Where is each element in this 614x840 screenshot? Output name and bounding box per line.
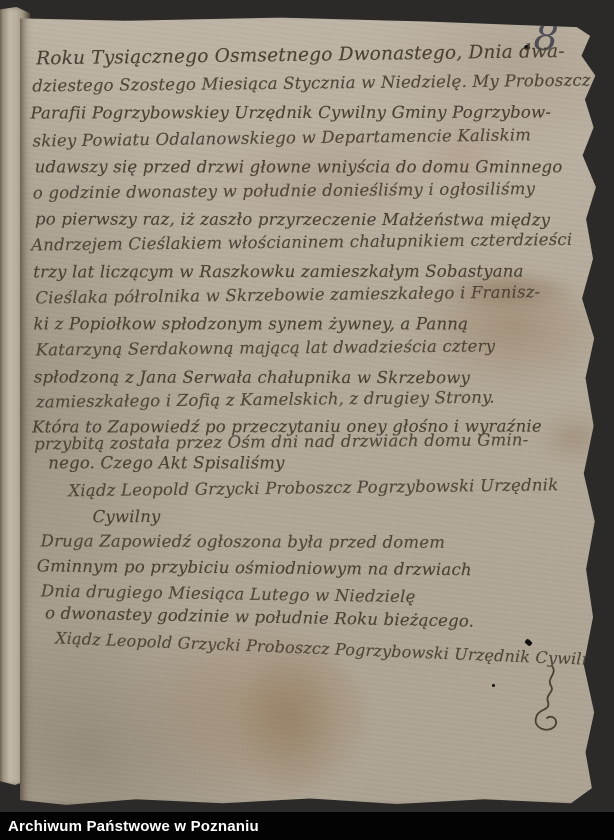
manuscript-line: Dnia drugiego Miesiąca Lutego w Niedziel… [41,581,416,607]
manuscript-line: Roku Tysiącznego Osmsetnego Dwonastego, … [36,41,565,71]
manuscript-line: Druga Zapowiedź ogłoszona była przed dom… [41,531,445,552]
manuscript-line: przybitą została przez Ośm dni nad drzwi… [34,430,528,454]
manuscript-line: po pierwszy raz, iż zaszło przyrzeczenie… [35,209,550,230]
manuscript-line: skiey Powiatu Odalanowskiego w Departame… [32,125,531,151]
manuscript-page: 8 Roku Tysiącznego Osmsetnego Dwonastego… [20,12,600,808]
manuscript-line: Cywilny [93,507,161,527]
manuscript-text: Roku Tysiącznego Osmsetnego Dwonastego, … [18,10,602,809]
manuscript-line: spłodzoną z Jana Serwała chałupnika w Sk… [34,367,470,388]
manuscript-line: Cieślaka półrolnika w Skrzebowie zamiesz… [35,282,540,308]
manuscript-line: o godzinie dwonastey w południe donieśli… [33,179,535,203]
footer-bar: Archiwum Państwowe w Poznaniu [0,812,614,840]
manuscript-line: trzy lat liczącym w Raszkowku zamieszkał… [33,262,523,283]
manuscript-line: ki z Popiołkow spłodzonym synem żywney, … [34,314,469,334]
manuscript-line: Xiądz Leopold Grzycki Proboszcz Pogrzybo… [68,475,558,501]
signature-flourish-icon [518,664,574,740]
manuscript-line: zamieszkałego i Zofią z Kamelskich, z dr… [36,388,495,413]
manuscript-line: udawszy się przed drzwi głowne wniyścia … [35,157,563,177]
manuscript-line: Gminnym po przybiciu ośmiodniowym na drz… [37,556,472,580]
manuscript-line: nego. Czego Akt Spisaliśmy [48,453,284,473]
archive-watermark: Archiwum Państwowe w Poznaniu [0,818,259,835]
manuscript-line: dziestego Szostego Miesiąca Stycznia w N… [32,71,591,97]
archival-scan: 8 Roku Tysiącznego Osmsetnego Dwonastego… [0,0,614,840]
manuscript-line: Andrzejem Cieślakiem włościaninem chałup… [31,230,572,255]
manuscript-line: o dwonastey godzinie w południe Roku bie… [45,603,474,631]
manuscript-line: Parafii Pogrzybowskiey Urzędnik Cywilny … [30,103,551,124]
manuscript-line: Katarzyną Serdakowną mającą lat dwadzieś… [36,336,496,360]
